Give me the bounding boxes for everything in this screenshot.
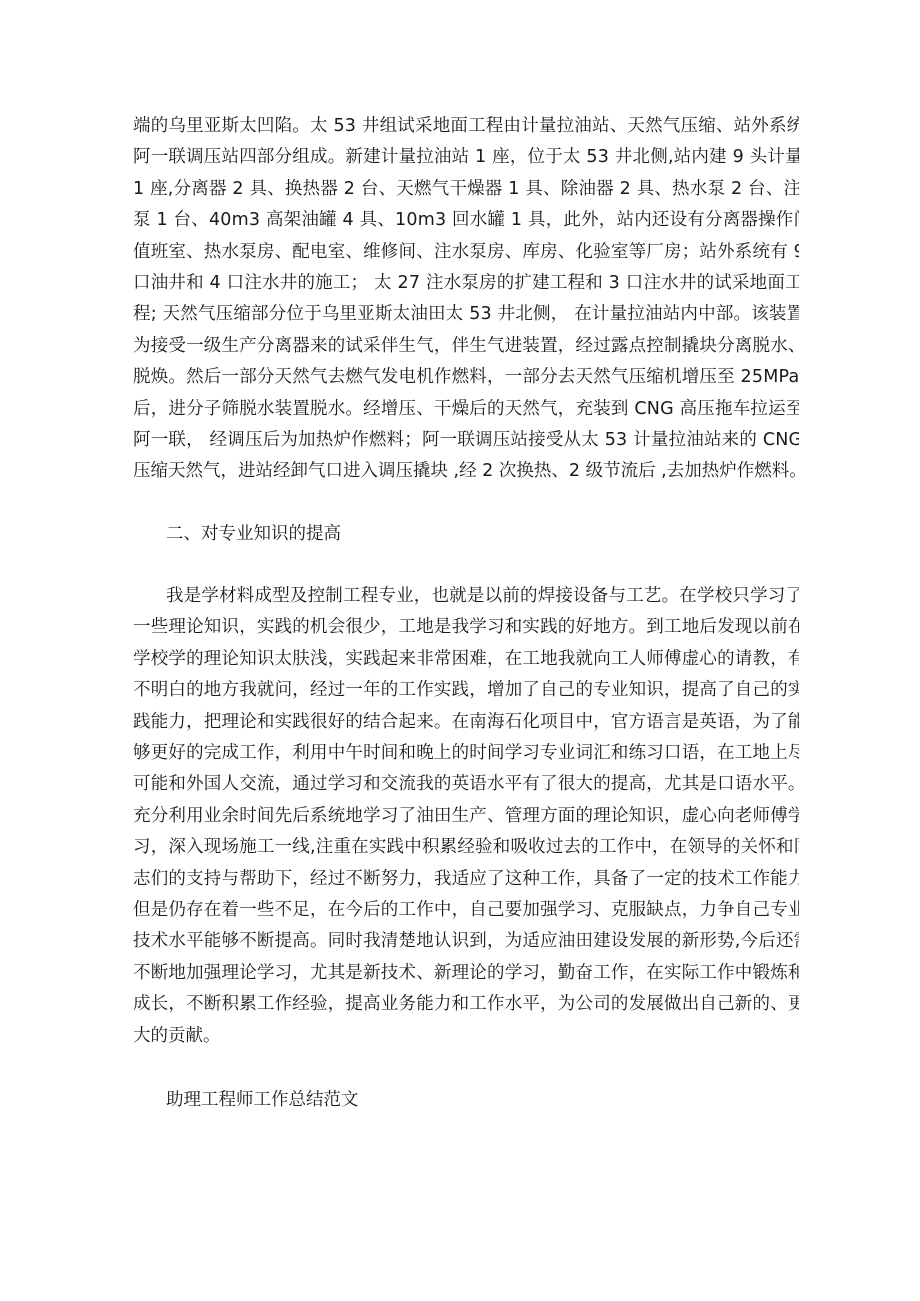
paragraph-line: 1 座,分离器 2 具、换热器 2 台、天燃气干燥器 1 具、除油器 2 具、热… — [133, 174, 799, 205]
paragraph-professional-knowledge: 我是学材料成型及控制工程专业，也就是以前的焊接设备与工艺。在学校只学习了一些理论… — [133, 581, 799, 1052]
paragraph-line: 践能力，把理论和实践很好的结合起来。在南海石化项目中，官方语言是英语，为了能 — [133, 707, 799, 738]
closing-line: 助理工程师工作总结范文 — [133, 1085, 799, 1116]
document-body: 端的乌里亚斯太凹陷。太 53 井组试采地面工程由计量拉油站、天然气压缩、站外系统… — [133, 111, 799, 1116]
paragraph-line: 志们的支持与帮助下，经过不断努力，我适应了这种工作，具备了一定的技术工作能力， — [133, 864, 799, 895]
paragraph-line: 端的乌里亚斯太凹陷。太 53 井组试采地面工程由计量拉油站、天然气压缩、站外系统… — [133, 111, 799, 142]
paragraph-line: 为接受一级生产分离器来的试采伴生气，伴生气进装置，经过露点控制撬块分离脱水、 — [133, 331, 799, 362]
document-page: 端的乌里亚斯太凹陷。太 53 井组试采地面工程由计量拉油站、天然气压缩、站外系统… — [0, 0, 920, 1301]
paragraph-line: 后，进分子筛脱水装置脱水。经增压、干燥后的天然气，充装到 CNG 高压拖车拉运至 — [133, 394, 799, 425]
paragraph-line: 大的贡献。 — [133, 1021, 799, 1052]
paragraph-line: 可能和外国人交流，通过学习和交流我的英语水平有了很大的提高，尤其是口语水平。 — [133, 769, 799, 800]
paragraph-line: 我是学材料成型及控制工程专业，也就是以前的焊接设备与工艺。在学校只学习了 — [133, 581, 799, 612]
paragraph-line: 阿一联调压站四部分组成。新建计量拉油站 1 座，位于太 53 井北侧,站内建 9… — [133, 142, 799, 173]
paragraph-line: 充分利用业余时间先后系统地学习了油田生产、管理方面的理论知识，虚心向老师傅学 — [133, 801, 799, 832]
paragraph-line: 学校学的理论知识太肤浅，实践起来非常困难，在工地我就向工人师傅虚心的请教，有 — [133, 644, 799, 675]
paragraph-facility-overview: 端的乌里亚斯太凹陷。太 53 井组试采地面工程由计量拉油站、天然气压缩、站外系统… — [133, 111, 799, 488]
paragraph-line: 脱焕。然后一部分天然气去燃气发电机作燃料，一部分去天然气压缩机增压至 25MPa — [133, 362, 799, 393]
paragraph-line: 不明白的地方我就问，经过一年的工作实践，增加了自己的专业知识，提高了自己的实 — [133, 675, 799, 706]
paragraph-line: 但是仍存在着一些不足，在今后的工作中，自己要加强学习、克服缺点，力争自己专业 — [133, 895, 799, 926]
paragraph-line: 压缩天然气，进站经卸气口进入调压撬块 ,经 2 次换热、2 级节流后 ,去加热炉… — [133, 456, 799, 487]
paragraph-line: 技术水平能够不断提高。同时我清楚地认识到，为适应油田建设发展的新形势,今后还需 — [133, 926, 799, 957]
paragraph-line: 成长，不断积累工作经验，提高业务能力和工作水平，为公司的发展做出自己新的、更 — [133, 989, 799, 1020]
paragraph-line: 不断地加强理论学习，尤其是新技术、新理论的学习，勤奋工作，在实际工作中锻炼和 — [133, 958, 799, 989]
paragraph-line: 泵 1 台、40m3 高架油罐 4 具、10m3 回水罐 1 具，此外，站内还设… — [133, 205, 799, 236]
paragraph-line: 程; 天然气压缩部分位于乌里亚斯太油田太 53 井北侧， 在计量拉油站内中部。该… — [133, 299, 799, 330]
paragraph-line: 口油井和 4 口注水井的施工； 太 27 注水泵房的扩建工程和 3 口注水井的试… — [133, 268, 799, 299]
paragraph-line: 一些理论知识，实践的机会很少，工地是我学习和实践的好地方。到工地后发现以前在 — [133, 612, 799, 643]
section-heading: 二、对专业知识的提高 — [133, 519, 799, 550]
paragraph-line: 习，深入现场施工一线,注重在实践中积累经验和吸收过去的工作中，在领导的关怀和同 — [133, 832, 799, 863]
paragraph-line: 值班室、热水泵房、配电室、维修间、注水泵房、库房、化验室等厂房；站外系统有 9 — [133, 237, 799, 268]
paragraph-line: 阿一联， 经调压后为加热炉作燃料；阿一联调压站接受从太 53 计量拉油站来的 C… — [133, 425, 799, 456]
paragraph-line: 够更好的完成工作，利用中午时间和晚上的时间学习专业词汇和练习口语，在工地上尽 — [133, 738, 799, 769]
